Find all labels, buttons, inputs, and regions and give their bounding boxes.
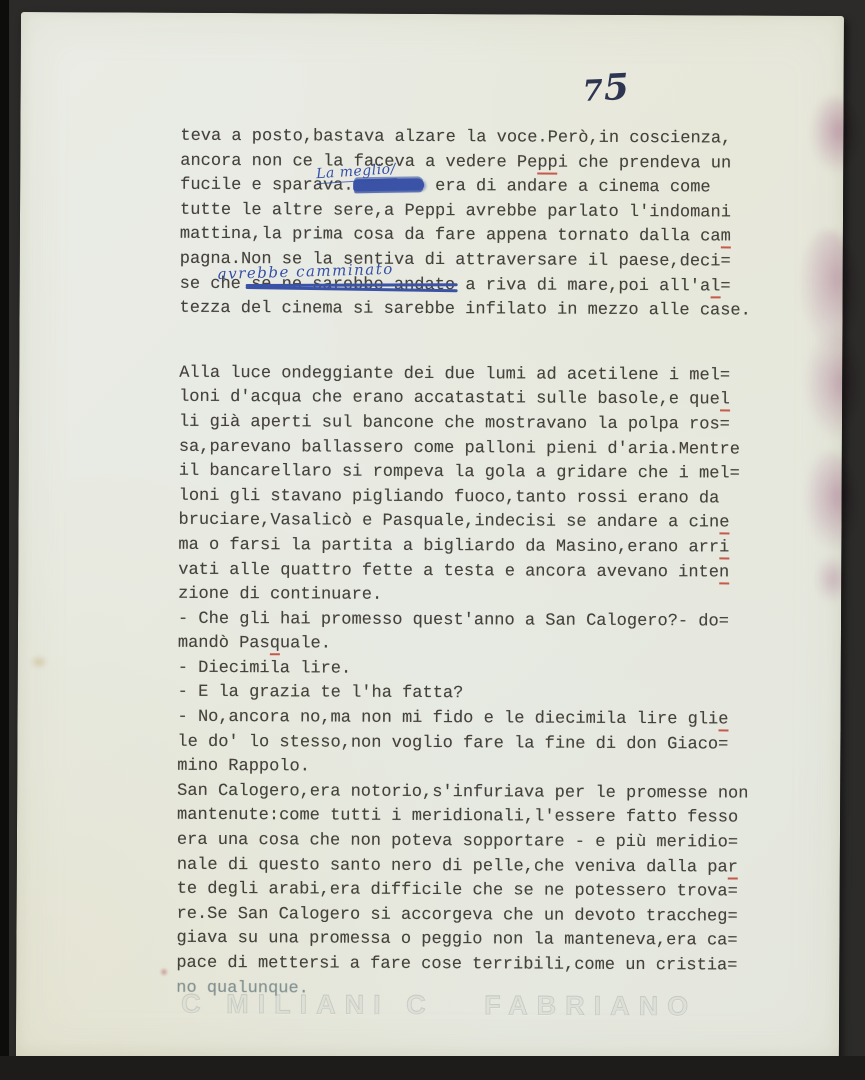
typescript-line: giava su una promessa o peggio non la ma… [176,927,776,955]
typescript-line: loni gli stavano pigliando fuoco,tanto r… [179,484,779,512]
typed-text: mattina,la prima cosa da fare appena tor… [180,225,721,247]
typescript-line: mattina,la prima cosa da fare appena tor… [180,223,780,251]
page-number-digit-5: 5 [603,66,631,109]
typescript-line: bruciare,Vasalicò e Pasquale,indecisi se… [178,509,778,537]
typed-text: il bancarellaro si rompeva la gola a gri… [179,462,740,484]
typed-text: le do' lo stesso,non voglio fare la fine… [177,732,728,754]
typescript-line: era una cosa che non poteva sopportare -… [177,829,777,857]
typed-text: vati alle quattro fette a testa e ancora… [178,560,719,582]
typescript-line: teva a posto,bastava alzare la voce.Però… [180,125,780,153]
typed-text: re.Se San Calogero si accorgeva che un d… [177,905,738,927]
typed-text: era una cosa che non poteva sopportare -… [177,831,738,853]
red-underlined-letter: m [721,228,731,249]
typed-text: loni d'acqua che erano accatastati sulle… [179,388,720,410]
red-underlined-letter: n [719,563,729,584]
typed-text: li già aperti sul bancone che mostravano… [179,413,730,435]
typescript-line: ancora non ce la faceva a vedere Peppi c… [180,149,780,177]
typescript-line: loni d'acqua che erano accatastati sulle… [179,386,779,414]
typed-text: teva a posto,bastava alzare la voce.Però… [180,127,731,149]
typescript-line: li già aperti sul bancone che mostravano… [179,411,779,439]
typed-text: = [720,277,730,296]
paragraph-gap [179,322,779,365]
typed-text: mandò Pas [178,634,270,653]
typed-text: bruciare,Vasalicò e Pasquale,indecisi se… [178,511,719,533]
typescript-page: 75 teva a posto,bastava alzare la voce.P… [16,12,844,1062]
typescript-line: mino Rappolo. [177,755,777,783]
typescript-line: ma o farsi la partita a bigliardo da Mas… [178,534,778,562]
typed-text: - No,ancora no,ma non mi fido e le dieci… [178,708,719,730]
red-underlined-letter: pp [537,153,558,174]
typed-text: ma o farsi la partita a bigliardo da Mas… [178,536,719,558]
scanner-background-left-strip [0,0,9,1080]
typed-text: i che prendeva un [558,153,732,173]
typescript-line: vati alle quattro fette a testa e ancora… [178,558,778,586]
typescript-line: mandò Pasquale. [178,632,778,660]
typed-text: nale di questo santo nero di pelle,che v… [177,855,728,877]
typescript-line: San Calogero,era notorio,s'infuriava per… [177,780,777,808]
typescript-line: re.Se San Calogero si accorgeva che un d… [177,903,777,931]
typescript-line: fucile e sparava. era di andare a cinema… [180,174,780,202]
typed-text: tutte le altre sere,a Peppi avrebbe parl… [180,201,731,223]
typed-text: uale. [280,635,331,654]
typescript-line: le do' lo stesso,non voglio fare la fine… [177,730,777,758]
typed-text: mantenute:come tutti i meridionali,l'ess… [177,806,738,828]
typescript-line: tezza del cinema si sarebbe infilato in … [179,297,779,325]
typed-text: te degli arabi,era difficile che se ne p… [177,880,738,902]
typed-text: giava su una promessa o peggio non la ma… [176,929,737,951]
typed-text: San Calogero,era notorio,s'infuriava per… [177,782,748,804]
typescript-line: Alla luce ondeggiante dei due lumi ad ac… [179,362,779,390]
typescript-line: sa,parevano ballassero come palloni pien… [179,435,779,463]
typed-text: Alla luce ondeggiante dei due lumi ad ac… [179,364,730,386]
typescript-line: nale di questo santo nero di pelle,che v… [177,853,777,881]
typed-text: zione di continuare. [178,585,382,605]
red-underlined-letter: i [719,538,729,559]
typescript-line: zione di continuare. [178,583,778,611]
typescript-line: te degli arabi,era difficile che se ne p… [177,878,777,906]
typescript-line: - Che gli hai promesso quest'anno a San … [178,607,778,635]
typed-text: loni gli stavano pigliando fuoco,tanto r… [179,486,720,508]
typed-text: - E la grazia te l'ha fatta? [178,683,464,703]
typescript-line: tutte le altre sere,a Peppi avrebbe parl… [180,199,780,227]
typed-text: era di andare a cinema come [425,177,711,197]
typescript-line: pace di mettersi a fare cose terribili,c… [176,952,776,980]
red-underlined-letter: e [718,710,728,731]
typescript-line: - No,ancora no,ma non mi fido e le dieci… [177,706,777,734]
page-number: 75 [582,66,631,110]
red-underlined-letter: r [728,858,738,879]
typed-text: - Diecimila lire. [178,659,352,679]
red-underlined-letter: l [720,391,730,412]
paper-watermark: C MILIANI C FABRIANO [181,989,697,1023]
typed-text: tezza del cinema si sarebbe infilato in … [180,299,751,321]
red-underlined-letter: e [719,514,729,535]
typescript-text: teva a posto,bastava alzare la voce.Però… [176,125,780,1004]
typed-text: mino Rappolo. [177,757,310,777]
scanner-background-bottom [0,1056,865,1080]
typed-text: pace di mettersi a fare cose terribili,c… [176,954,737,976]
red-underlined-letter: q [270,635,280,656]
typescript-line: - E la grazia te l'ha fatta? [178,681,778,709]
typescript-line: il bancarellaro si rompeva la gola a gri… [179,460,779,488]
typescript-line: mantenute:come tutti i meridionali,l'ess… [177,804,777,832]
typed-text: - Che gli hai promesso quest'anno a San … [178,609,729,631]
page-number-digit-7: 7 [582,73,605,108]
typed-text: sa,parevano ballassero come palloni pien… [179,437,740,459]
typescript-line: - Diecimila lire. [178,657,778,685]
red-underlined-letter: l [710,277,720,298]
typed-text: a riva di mare,poi all'a [455,276,710,296]
